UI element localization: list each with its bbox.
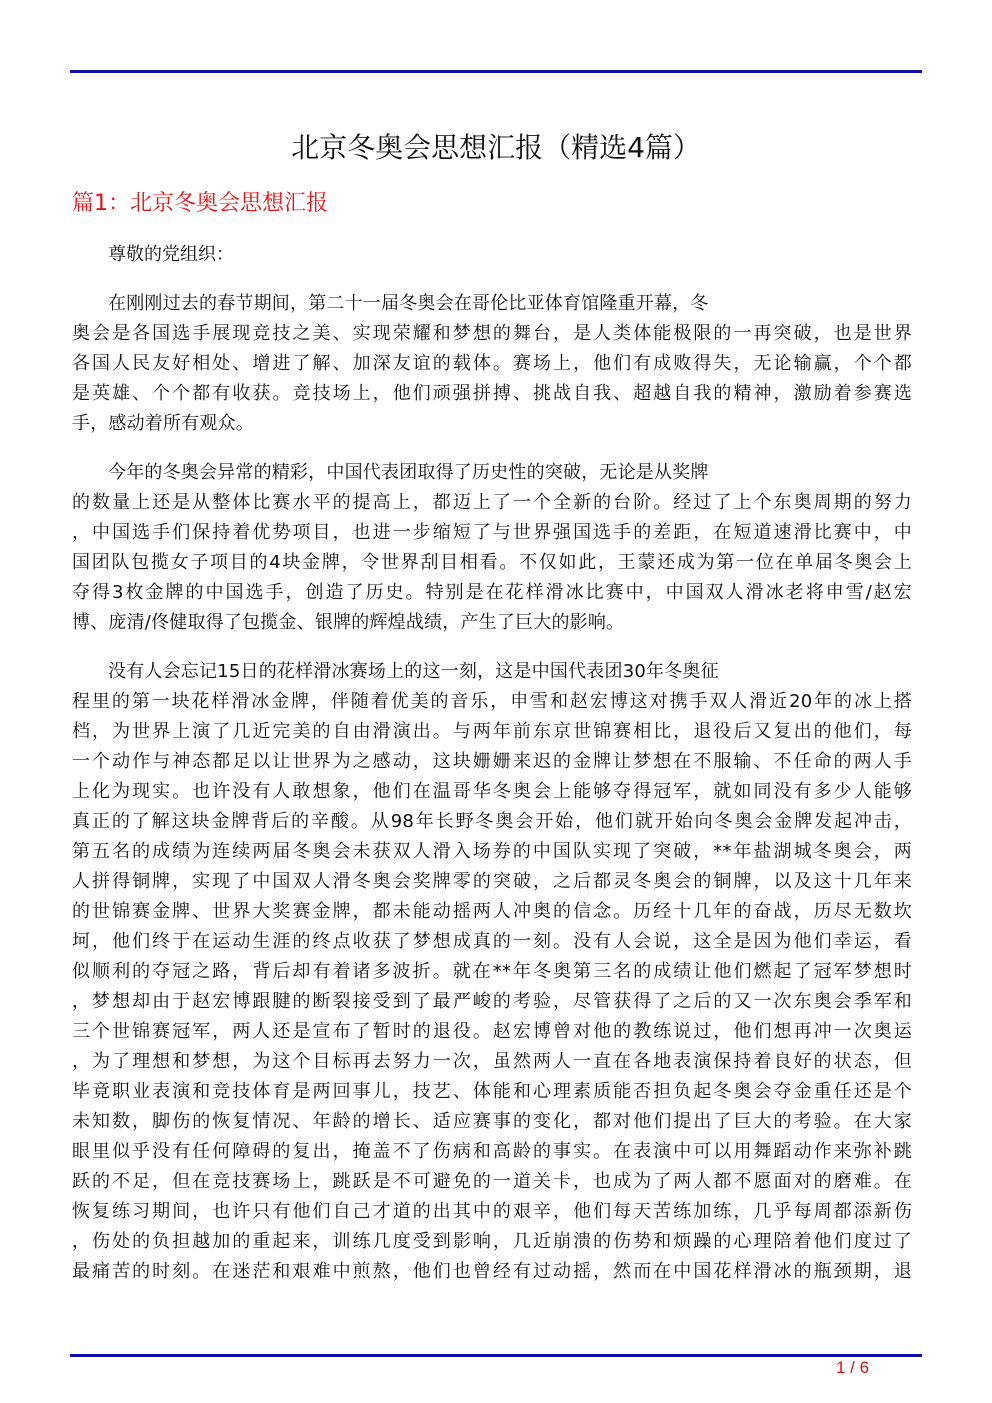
text-line: 眼里似乎没有任何障碍的复出，掩盖不了伤病和高龄的事实。在表演中可以用舞蹈动作来弥… xyxy=(72,1137,912,1167)
text-line: 博、庞清/佟健取得了包揽金、银牌的辉煌战绩，产生了巨大的影响。 xyxy=(72,608,912,638)
text-line: 夺得3枚金牌的中国选手，创造了历史。特别是在花样滑冰比赛中，中国双人滑冰老将申雪… xyxy=(72,578,912,608)
text-line: 最痛苦的时刻。在迷茫和艰难中煎熬，他们也曾经有过动摇，然而在中国花样滑冰的瓶颈期… xyxy=(72,1257,912,1287)
text-line: 真正的了解这块金牌背后的辛酸。从98年长野冬奥会开始，他们就开始向冬奥会金牌发起… xyxy=(72,807,912,837)
text-line: 在刚刚过去的春节期间，第二十一届冬奥会在哥伦比亚体育馆隆重开幕，冬 xyxy=(72,289,912,319)
text-line: 的数量上还是从整体比赛水平的提高上，都迈上了一个全新的台阶。经过了上个东奥周期的… xyxy=(72,488,912,518)
text-line: 的世锦赛金牌、世界大奖赛金牌，都未能动摇两人冲奥的信念。历经十几年的奋战，历尽无… xyxy=(72,897,912,927)
salutation: 尊敬的党组织： xyxy=(72,240,912,270)
text-line: ，中国选手们保持着优势项目，也进一步缩短了与世界强国选手的差距，在短道速滑比赛中… xyxy=(72,518,912,548)
text-line: ，伤处的负担越加的重起来，训练几度受到影响，几近崩溃的伤势和烦躁的心理陪着他们度… xyxy=(72,1227,912,1257)
text-line: 恢复练习期间，也许只有他们自己才道的出其中的艰辛，他们每天苦练加练，几乎每周都添… xyxy=(72,1197,912,1227)
footer-rule xyxy=(70,1354,922,1357)
text-line: 今年的冬奥会异常的精彩，中国代表团取得了历史性的突破，无论是从奖牌 xyxy=(72,458,912,488)
text-line: 似顺利的夺冠之路，背后却有着诸多波折。就在**年冬奥第三名的成绩让他们燃起了冠军… xyxy=(72,957,912,987)
text-line: 人拼得铜牌，实现了中国双人滑冬奥会奖牌零的突破，之后都灵冬奥会的铜牌，以及这十几… xyxy=(72,867,912,897)
text-line: 手，感动着所有观众。 xyxy=(72,409,912,439)
text-line: 程里的第一块花样滑冰金牌，伴随着优美的音乐，申雪和赵宏博这对携手双人滑近20年的… xyxy=(72,687,912,717)
text-line: 奥会是各国选手展现竞技之美、实现荣耀和梦想的舞台，是人类体能极限的一再突破，也是… xyxy=(72,319,912,349)
text-line: 跃的不足，但在竞技赛场上，跳跃是不可避免的一道关卡，也成为了两人都不愿面对的磨难… xyxy=(72,1167,912,1197)
document-title: 北京冬奥会思想汇报（精选4篇） xyxy=(0,128,992,168)
text-line: 档，为世界上演了几近完美的自由滑演出。与两年前东京世锦赛相比，退役后又复出的他们… xyxy=(72,717,912,747)
text-line: 未知数，脚伤的恢复情况、年龄的增长、适应赛事的变化，都对他们提出了巨大的考验。在… xyxy=(72,1107,912,1137)
text-line: 一个动作与神态都足以让世界为之感动，这块姗姗来迟的金牌让梦想在不服输、不任命的两… xyxy=(72,747,912,777)
text-line: 是英雄、个个都有收获。竞技场上，他们顽强拼搏、挑战自我、超越自我的精神，激励着参… xyxy=(72,379,912,409)
section-heading: 篇1：北京冬奥会思想汇报 xyxy=(72,186,328,222)
paragraph-1: 在刚刚过去的春节期间，第二十一届冬奥会在哥伦比亚体育馆隆重开幕，冬 奥会是各国选… xyxy=(72,289,912,439)
text-line: 各国人民友好相处、增进了解、加深友谊的载体。赛场上，他们有成败得失，无论输赢，个… xyxy=(72,349,912,379)
text-line: 坷，他们终于在运动生涯的终点收获了梦想成真的一刻。没有人会说，这全是因为他们幸运… xyxy=(72,927,912,957)
text-line: ，梦想却由于赵宏博跟腱的断裂接受到了最严峻的考验，尽管获得了之后的又一次东奥会季… xyxy=(72,987,912,1017)
header-rule xyxy=(70,70,922,73)
text-line: ，为了理想和梦想，为这个目标再去努力一次，虽然两人一直在各地表演保持着良好的状态… xyxy=(72,1047,912,1077)
document-body: 尊敬的党组织： 在刚刚过去的春节期间，第二十一届冬奥会在哥伦比亚体育馆隆重开幕，… xyxy=(72,240,912,1306)
text-line: 国团队包揽女子项目的4块金牌，令世界刮目相看。不仅如此，王蒙还成为第一位在单届冬… xyxy=(72,548,912,578)
text-line: 三个世锦赛冠军，两人还是宣布了暂时的退役。赵宏博曾对他的教练说过，他们想再冲一次… xyxy=(72,1017,912,1047)
text-line: 上化为现实。也许没有人敢想象，他们在温哥华冬奥会上能够夺得冠军，就如同没有多少人… xyxy=(72,777,912,807)
page-number: 1 / 6 xyxy=(836,1356,869,1380)
text-line: 没有人会忘记15日的花样滑冰赛场上的这一刻，这是中国代表团30年冬奥征 xyxy=(72,657,912,687)
text-line: 毕竟职业表演和竞技体育是两回事儿，技艺、体能和心理素质能否担负起冬奥会夺金重任还… xyxy=(72,1077,912,1107)
paragraph-3: 没有人会忘记15日的花样滑冰赛场上的这一刻，这是中国代表团30年冬奥征 程里的第… xyxy=(72,657,912,1287)
text-line: 第五名的成绩为连续两届冬奥会未获双人滑入场券的中国队实现了突破，**年盐湖城冬奥… xyxy=(72,837,912,867)
paragraph-2: 今年的冬奥会异常的精彩，中国代表团取得了历史性的突破，无论是从奖牌 的数量上还是… xyxy=(72,458,912,638)
